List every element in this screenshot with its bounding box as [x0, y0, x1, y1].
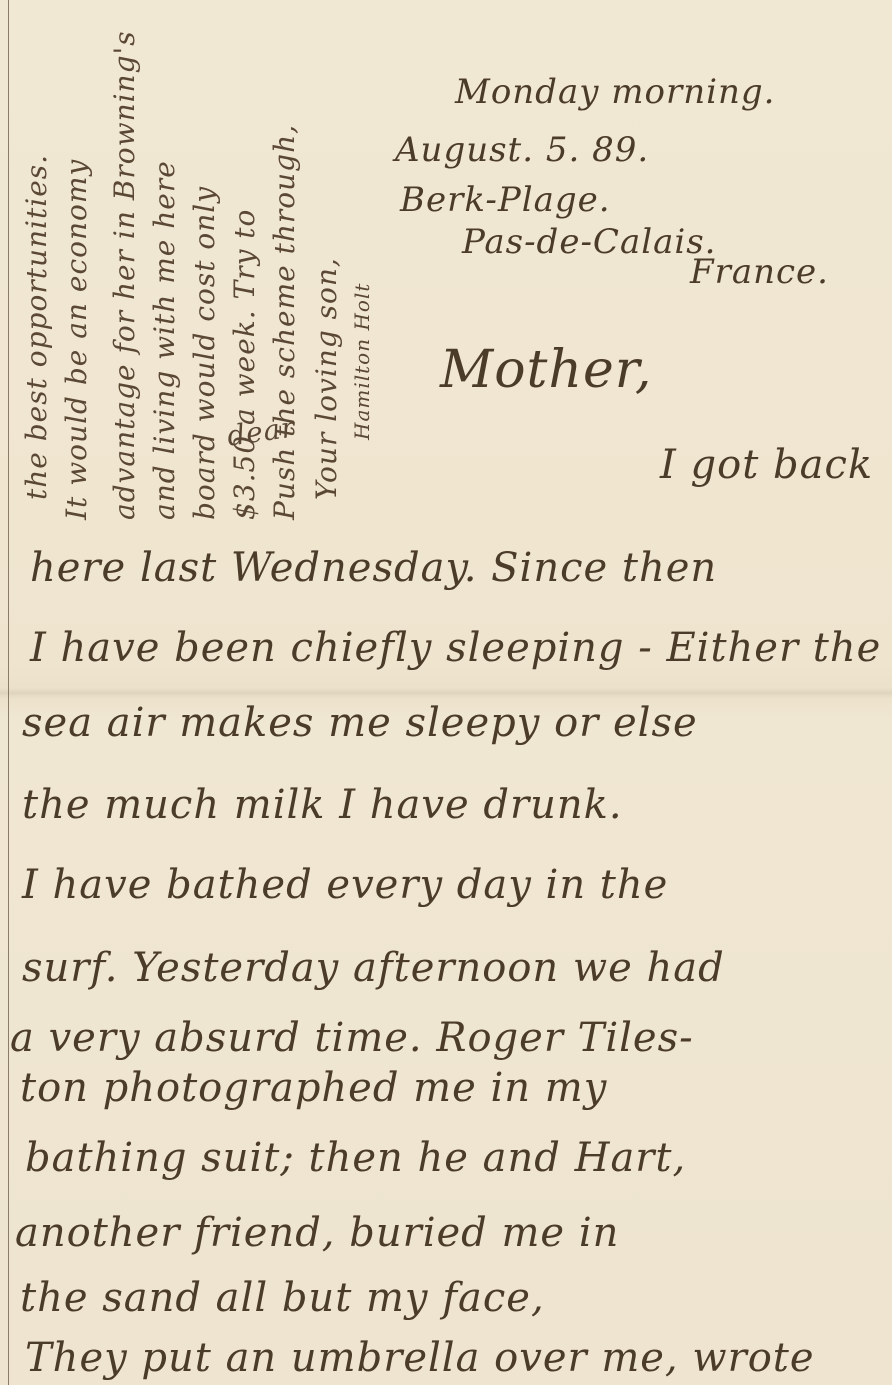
cross-line: It would be an economy	[60, 159, 93, 520]
paper-fold-crease	[0, 688, 892, 698]
salutation-name: Mother,	[440, 340, 652, 400]
cross-line: board would cost only	[188, 186, 221, 520]
body-line: here last Wednesday. Since then	[30, 545, 717, 591]
body-line: a very absurd time. Roger Tiles-	[10, 1015, 694, 1061]
body-line: ton photographed me in my	[20, 1065, 607, 1111]
body-line: bathing suit; then he and Hart,	[25, 1135, 686, 1181]
heading-place-line2: Pas-de-Calais.	[462, 222, 717, 262]
cross-line: the best opportunities.	[20, 154, 53, 500]
body-line: sea air makes me sleepy or else	[22, 700, 698, 746]
body-line: another friend, buried me in	[15, 1210, 619, 1256]
body-line: surf. Yesterday afternoon we had	[22, 945, 725, 991]
letter-page: Monday morning. August. 5. 89. Berk-Plag…	[0, 0, 892, 1385]
cross-line: Your loving son,	[310, 257, 343, 500]
body-line: I have been chiefly sleeping - Either th…	[30, 625, 881, 671]
cross-line: advantage for her in Browning's	[108, 30, 141, 520]
body-line: the much milk I have drunk.	[22, 782, 623, 828]
heading-day: Monday morning.	[455, 72, 775, 112]
cross-signature: Hamilton Holt	[350, 283, 374, 440]
body-line: They put an umbrella over me, wrote	[25, 1335, 815, 1381]
cross-line: Push the scheme through,	[268, 124, 301, 520]
heading-place-line3: France.	[690, 252, 829, 292]
body-line: the sand all but my face,	[20, 1275, 545, 1321]
cross-line: $3.50 a week. Try to	[228, 209, 261, 520]
body-line: I have bathed every day in the	[22, 862, 668, 908]
cross-line: and living with me here	[148, 160, 181, 520]
cross-written-postscript: the best opportunities. It would be an e…	[20, 0, 460, 600]
body-line: I got back	[660, 442, 873, 488]
